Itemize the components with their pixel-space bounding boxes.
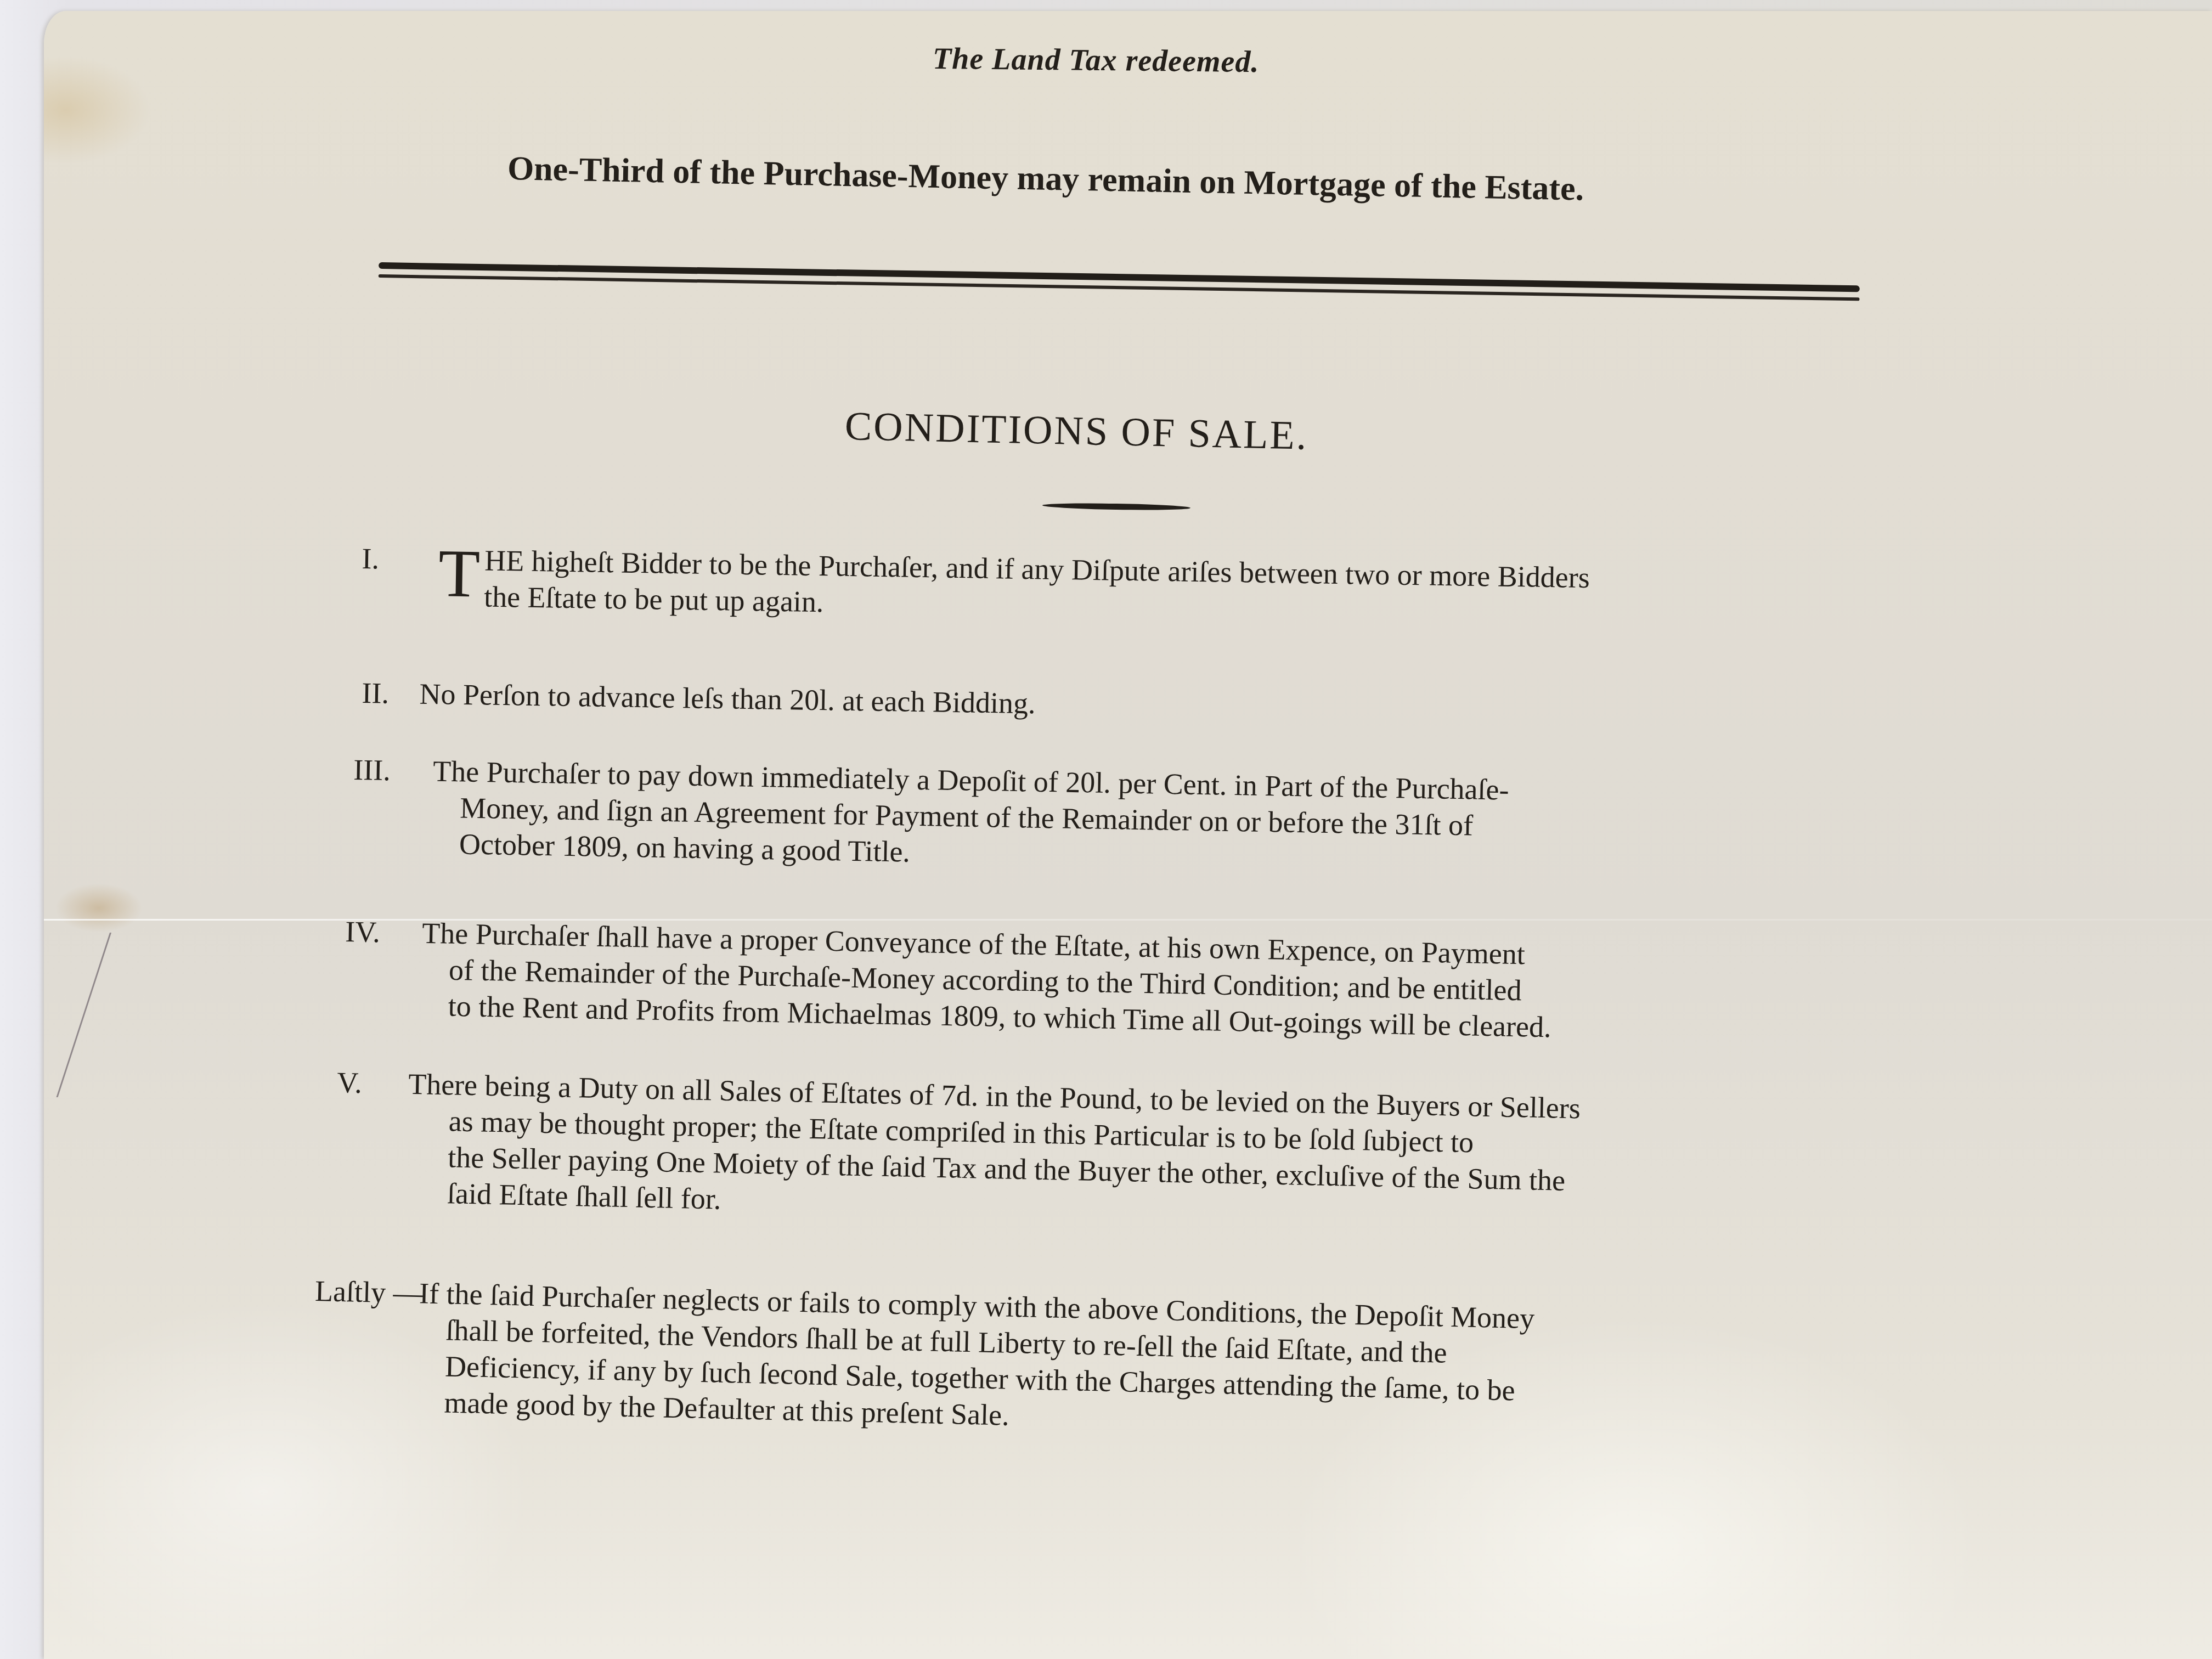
drop-cap: T: [438, 546, 480, 601]
paper-stain: [55, 883, 143, 933]
condition-number: IV.: [345, 913, 381, 950]
section-title: CONDITIONS OF SALE.: [844, 403, 1308, 460]
running-head: The Land Tax redeemed.: [933, 41, 1260, 80]
condition-number: V.: [337, 1064, 363, 1101]
condition-number: Laſtly —: [315, 1273, 424, 1311]
condition-number: III.: [353, 752, 391, 788]
condition-number: II.: [362, 675, 389, 712]
condition-number: I.: [362, 540, 380, 577]
